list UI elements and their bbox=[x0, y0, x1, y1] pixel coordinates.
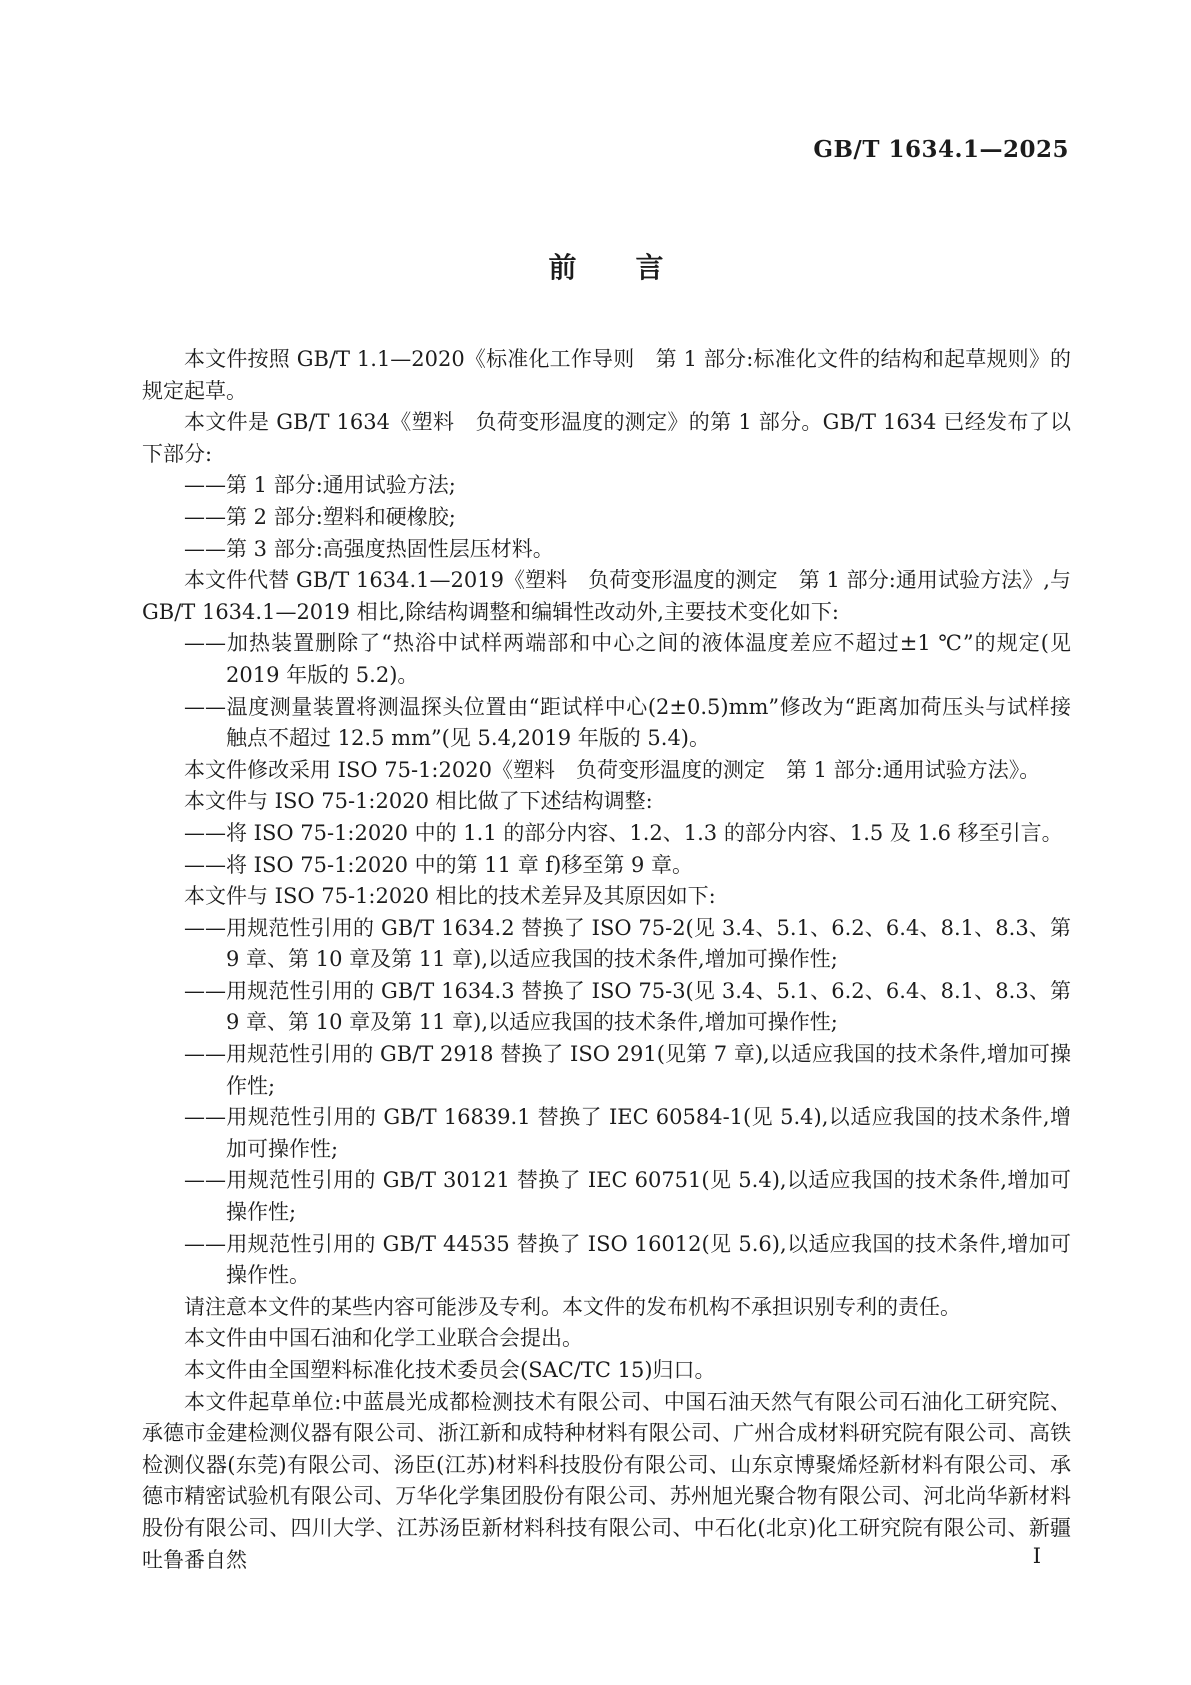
foreword-paragraph: 本文件与 ISO 75-1:2020 相比做了下述结构调整: bbox=[142, 786, 1071, 818]
foreword-list-item: ——用规范性引用的 GB/T 2918 替换了 ISO 291(见第 7 章),… bbox=[142, 1039, 1071, 1102]
foreword-list-item: ——第 3 部分:高强度热固性层压材料。 bbox=[142, 534, 1071, 566]
foreword-list-item: ——加热装置删除了“热浴中试样两端部和中心之间的液体温度差应不超过±1 ℃”的规… bbox=[142, 628, 1071, 691]
foreword-list-item: ——用规范性引用的 GB/T 16839.1 替换了 IEC 60584-1(见… bbox=[142, 1102, 1071, 1165]
foreword-paragraph: 本文件起草单位:中蓝晨光成都检测技术有限公司、中国石油天然气有限公司石油化工研究… bbox=[142, 1387, 1071, 1577]
document-page: GB/T 1634.1—2025 前 言 本文件按照 GB/T 1.1—2020… bbox=[0, 0, 1191, 1685]
foreword-list-item: ——第 1 部分:通用试验方法; bbox=[142, 470, 1071, 502]
doc-number: GB/T 1634.1—2025 bbox=[813, 136, 1069, 163]
page-number: Ⅰ bbox=[1033, 1544, 1041, 1568]
foreword-body: 本文件按照 GB/T 1.1—2020《标准化工作导则 第 1 部分:标准化文件… bbox=[142, 344, 1071, 1576]
foreword-paragraph: 本文件是 GB/T 1634《塑料 负荷变形温度的测定》的第 1 部分。GB/T… bbox=[142, 407, 1071, 470]
foreword-paragraph: 本文件与 ISO 75-1:2020 相比的技术差异及其原因如下: bbox=[142, 881, 1071, 913]
page-title: 前 言 bbox=[142, 246, 1071, 286]
foreword-list-item: ——用规范性引用的 GB/T 30121 替换了 IEC 60751(见 5.4… bbox=[142, 1165, 1071, 1228]
foreword-list-item: ——第 2 部分:塑料和硬橡胶; bbox=[142, 502, 1071, 534]
foreword-paragraph: 本文件代替 GB/T 1634.1—2019《塑料 负荷变形温度的测定 第 1 … bbox=[142, 565, 1071, 628]
foreword-list-item: ——温度测量装置将测温探头位置由“距试样中心(2±0.5)mm”修改为“距离加荷… bbox=[142, 692, 1071, 755]
foreword-list-item: ——用规范性引用的 GB/T 1634.3 替换了 ISO 75-3(见 3.4… bbox=[142, 976, 1071, 1039]
foreword-list-item: ——将 ISO 75-1:2020 中的第 11 章 f)移至第 9 章。 bbox=[142, 850, 1071, 882]
foreword-paragraph: 本文件由全国塑料标准化技术委员会(SAC/TC 15)归口。 bbox=[142, 1355, 1071, 1387]
foreword-paragraph: 本文件按照 GB/T 1.1—2020《标准化工作导则 第 1 部分:标准化文件… bbox=[142, 344, 1071, 407]
foreword-paragraph: 本文件修改采用 ISO 75-1:2020《塑料 负荷变形温度的测定 第 1 部… bbox=[142, 755, 1071, 787]
foreword-paragraph: 本文件由中国石油和化学工业联合会提出。 bbox=[142, 1323, 1071, 1355]
foreword-paragraph: 请注意本文件的某些内容可能涉及专利。本文件的发布机构不承担识别专利的责任。 bbox=[142, 1292, 1071, 1324]
foreword-list-item: ——将 ISO 75-1:2020 中的 1.1 的部分内容、1.2、1.3 的… bbox=[142, 818, 1071, 850]
foreword-list-item: ——用规范性引用的 GB/T 1634.2 替换了 ISO 75-2(见 3.4… bbox=[142, 913, 1071, 976]
foreword-list-item: ——用规范性引用的 GB/T 44535 替换了 ISO 16012(见 5.6… bbox=[142, 1229, 1071, 1292]
